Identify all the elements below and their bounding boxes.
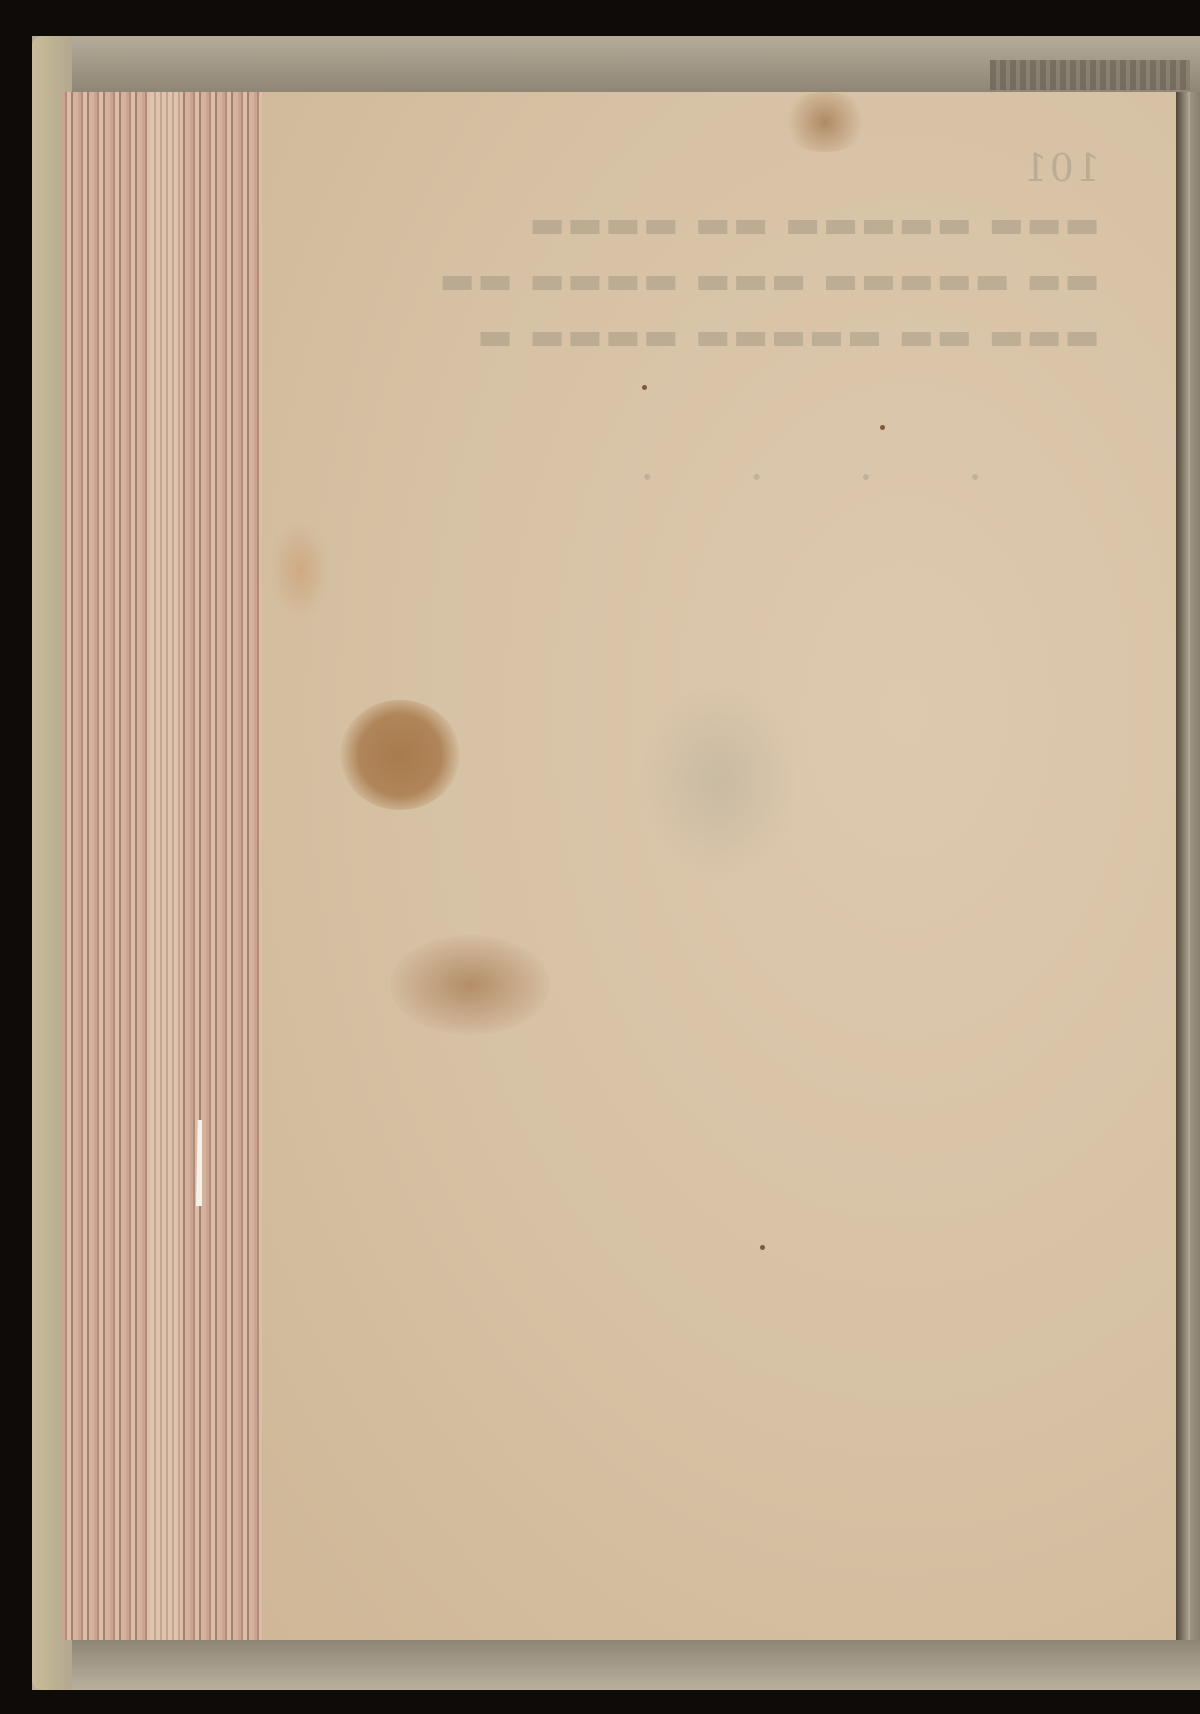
foxing-spot	[760, 1245, 765, 1250]
foxing-spot	[880, 425, 885, 430]
torn-spine-edge	[990, 60, 1190, 90]
fingerprint-stain	[340, 700, 460, 810]
foxing-spot	[642, 385, 647, 390]
gutter-shadow	[1176, 92, 1190, 1640]
show-through-text: 101 ▬▬▬ ▬▬▬▬▬ ▬▬ ▬▬▬▬ ▬▬ ▬▬▬▬▬ ▬▬▬ ▬▬▬▬ …	[380, 140, 1100, 364]
smudge-stain	[390, 935, 550, 1035]
fore-edge-step	[150, 92, 180, 1640]
show-through-page-number: 101	[380, 140, 1100, 196]
show-through-ornament	[640, 680, 800, 880]
edge-stain	[270, 520, 330, 620]
show-through-heading: · · · ·	[600, 450, 982, 504]
cover-bottom-turn-in	[32, 1640, 1200, 1690]
top-stain	[780, 92, 870, 152]
